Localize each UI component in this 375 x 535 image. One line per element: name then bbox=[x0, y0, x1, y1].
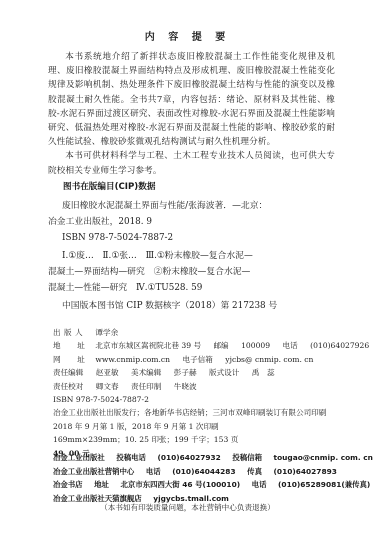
address-row: 地 址 北京市东城区嵩祝院北巷 39 号 邮编 100009 电话 (010)6… bbox=[53, 339, 373, 352]
email-value: yjcbs@ cnmip. com. cn bbox=[225, 355, 313, 364]
sales-contacts: 冶金工业出版社 投稿电话 (010)64027932 投稿信箱 tougao@c… bbox=[53, 451, 373, 505]
sales-label: 投稿信箱 bbox=[232, 453, 262, 462]
copyright-page: 内 容 提 要 本书系统地介绍了新拌状态废旧橡胶混凝土工作性能变化规律及机理、废… bbox=[0, 0, 375, 535]
page-title: 内 容 提 要 bbox=[0, 28, 375, 43]
edition-row: 2018 年 9 月第 1 版，2018 年 9 月第 1 次印刷 bbox=[53, 420, 373, 433]
cip-publisher-line: 冶金工业出版社，2018. 9 bbox=[48, 214, 348, 230]
postcode-label: 邮编 bbox=[213, 341, 228, 350]
sales-value: tougao@cnmip. com. cn bbox=[274, 453, 373, 462]
sales-label: 地址 bbox=[94, 480, 109, 489]
sales-value: (010)65289081(兼传真) bbox=[278, 480, 370, 489]
sales-label: 电话 bbox=[252, 480, 267, 489]
publisher-row: 出 版 人 谭学余 bbox=[53, 326, 373, 339]
editor-value: 赵亚敏 bbox=[96, 368, 119, 377]
sales-name: 冶金书店 bbox=[53, 480, 83, 489]
sales-label: 电话 bbox=[146, 467, 161, 476]
art-editor-label: 美术编辑 bbox=[131, 368, 161, 377]
quality-note: （本书如有印装质量问题，本社营销中心负责退换） bbox=[0, 502, 375, 513]
cip-isbn: ISBN 978-7-5024-7887-2 bbox=[48, 230, 348, 246]
sales-row: 冶金书店 地址 北京市东四西大街 46 号(100010) 电话 (010)65… bbox=[53, 478, 373, 492]
publication-info: 出 版 人 谭学余 地 址 北京市东城区嵩祝院北巷 39 号 邮编 100009… bbox=[53, 326, 373, 460]
editors-row: 责任编辑 赵亚敏 美术编辑 彭子赫 版式设计 禹 蕊 bbox=[53, 366, 373, 379]
print-label: 责任印制 bbox=[131, 382, 161, 391]
sales-value: (010)64044283 bbox=[172, 467, 235, 476]
cip-heading: 图书在版编目(CIP)数据 bbox=[63, 180, 155, 192]
sales-label: 投稿电话 bbox=[116, 453, 146, 462]
cip-title-line: 废旧橡胶水泥混凝土界面与性能/张海波著．—北京： bbox=[48, 198, 348, 214]
cip-classification-line: 混凝土—界面结构—研究 ②粉末橡胶—复合水泥— bbox=[48, 264, 348, 280]
cip-classification-line: 混凝土—性能—研究 Ⅳ.①TU528. 59 bbox=[48, 280, 348, 296]
publisher-label: 出 版 人 bbox=[53, 326, 83, 339]
editor-label: 责任编辑 bbox=[53, 368, 83, 377]
art-editor-value: 彭子赫 bbox=[174, 368, 197, 377]
distribution-row: 冶金工业出版社出版发行；各地新华书店经销；三河市双峰印刷装订有限公司印刷 bbox=[53, 406, 373, 419]
print-value: 牛晓波 bbox=[174, 382, 197, 391]
phone-label: 电话 bbox=[283, 341, 298, 350]
proof-label: 责任校对 bbox=[53, 382, 83, 391]
sales-name: 冶金工业出版社 bbox=[53, 453, 105, 462]
sales-value: (010)64027932 bbox=[157, 453, 220, 462]
proof-value: 卿文春 bbox=[96, 382, 119, 391]
sales-name: 冶金工业出版社营销中心 bbox=[53, 467, 134, 476]
postcode-value: 100009 bbox=[241, 341, 270, 350]
isbn-row: ISBN 978-7-5024-7887-2 bbox=[53, 393, 373, 406]
phone-value: (010)64027926 bbox=[310, 341, 369, 350]
specs-row: 169mm×239mm；10. 25 印张；199 千字；153 页 bbox=[53, 433, 373, 446]
cip-data-block: 废旧橡胶水泥混凝土界面与性能/张海波著．—北京： 冶金工业出版社，2018. 9… bbox=[48, 198, 348, 314]
web-link: www.cnmip.com.cn bbox=[95, 355, 170, 364]
web-row: 网 址 www.cnmip.com.cn 电子信箱 yjcbs@ cnmip. … bbox=[53, 353, 373, 366]
address-label: 地 址 bbox=[53, 339, 83, 352]
sales-value: (010)64027893 bbox=[274, 467, 337, 476]
sales-row: 冶金工业出版社营销中心 电话 (010)64044283 传真 (010)640… bbox=[53, 465, 373, 479]
sales-row: 冶金工业出版社 投稿电话 (010)64027932 投稿信箱 tougao@c… bbox=[53, 451, 373, 465]
publisher-value: 谭学余 bbox=[95, 328, 118, 337]
content-summary: 本书系统地介绍了新拌状态废旧橡胶混凝土工作性能变化规律及机理、废旧橡胶混凝土界面… bbox=[48, 50, 335, 178]
summary-paragraph: 本书系统地介绍了新拌状态废旧橡胶混凝土工作性能变化规律及机理、废旧橡胶混凝土界面… bbox=[48, 50, 335, 149]
address-value: 北京市东城区嵩祝院北巷 39 号 bbox=[95, 341, 201, 350]
email-label: 电子信箱 bbox=[183, 355, 213, 364]
sales-label: 传真 bbox=[247, 467, 262, 476]
layout-value: 禹 蕊 bbox=[252, 368, 275, 377]
proof-row: 责任校对 卿文春 责任印制 牛晓波 bbox=[53, 380, 373, 393]
summary-paragraph: 本书可供材料科学与工程、土木工程专业技术人员阅读，也可供大专院校相关专业师生学习… bbox=[48, 149, 335, 177]
web-label: 网 址 bbox=[53, 353, 83, 366]
sales-value: 北京市东四西大街 46 号(100010) bbox=[121, 480, 241, 489]
cip-classification-line: Ⅰ.①废… Ⅱ.①张… Ⅲ.①粉末橡胶—复合水泥— bbox=[48, 248, 348, 264]
layout-label: 版式设计 bbox=[209, 368, 239, 377]
cip-number: 中国版本图书馆 CIP 数据核字（2018）第 217238 号 bbox=[48, 298, 348, 314]
